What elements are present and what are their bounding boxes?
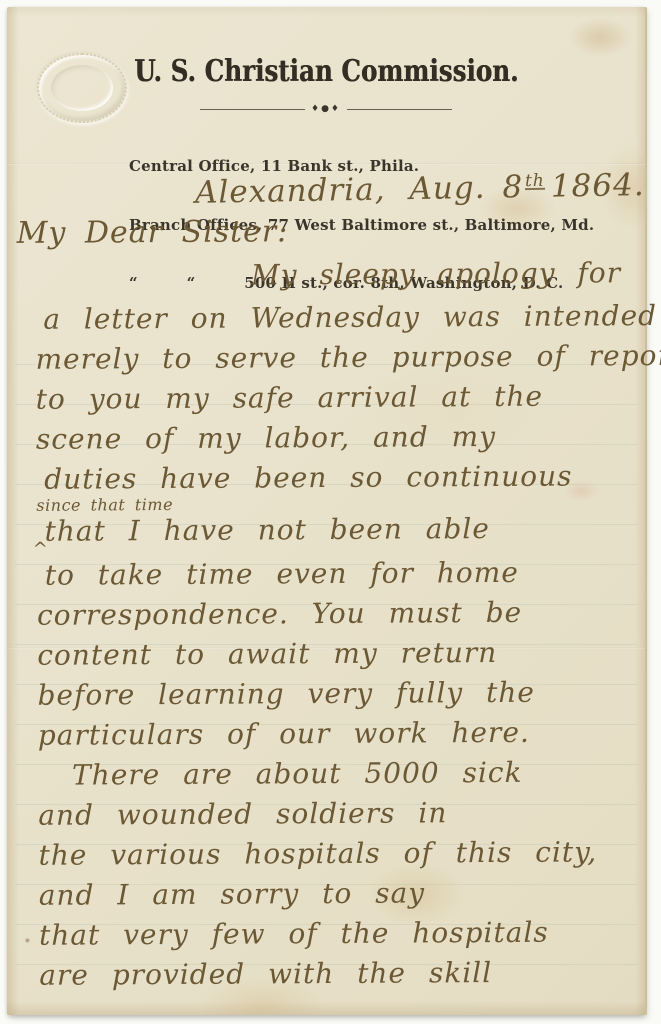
ornament-dots-icon: ♦●♦ (311, 105, 341, 114)
dateline-ordinal: th (525, 173, 545, 189)
dateline-year: 1864. (551, 167, 645, 205)
manuscript-line: ^that I have not been able (36, 508, 632, 556)
manuscript-line: duties have been so continuous (44, 456, 632, 500)
letterhead-organization: U. S. Christian Commission. (7, 55, 645, 89)
manuscript-line: a letter on Wednesday was intended (43, 296, 631, 340)
ornament-rule-left (200, 109, 305, 110)
manuscript-line: to take time even for home (45, 552, 633, 596)
manuscript-line: and wounded soldiers in (38, 792, 634, 836)
manuscript-line: correspondence. You must be (37, 592, 633, 636)
letter-page: U. S. Christian Commission. ♦●♦ Central … (7, 7, 645, 1015)
letterhead-ornament: ♦●♦ (200, 105, 452, 114)
insertion-caret: ^ (33, 530, 41, 570)
manuscript-line: particulars of our work here. (38, 712, 634, 756)
dateline-month-day: Aug. 8 (409, 169, 523, 207)
manuscript-line: My sleepy apology for (251, 250, 631, 298)
manuscript-line: merely to serve the purpose of reporting (35, 336, 631, 380)
salutation: My Dear Sister: (17, 210, 631, 254)
manuscript-line: that very few of the hospitals (39, 912, 635, 956)
ornament-rule-right (347, 109, 452, 110)
manuscript-line: and I am sorry to say (39, 872, 635, 916)
manuscript-body: My Dear Sister: My sleepy apology for a … (29, 210, 636, 996)
manuscript-line: the various hospitals of this city, (38, 832, 634, 876)
dateline-place: Alexandria, (195, 170, 386, 213)
manuscript-line-text: that I have not been able (44, 512, 489, 548)
manuscript-line: before learning very fully the (37, 672, 633, 716)
letterhead-organization-text: U. S. Christian Commission. (134, 55, 518, 89)
dateline: Alexandria, Aug. 8th1864. (195, 165, 642, 213)
manuscript-line: There are about 5000 sick (72, 752, 634, 795)
manuscript-line: to you my safe arrival at the (36, 376, 632, 420)
dateline-date: Aug. 8th1864. (409, 165, 645, 209)
manuscript-line: content to await my return (37, 632, 633, 676)
manuscript-line: are provided with the skill (39, 952, 635, 996)
manuscript-line: scene of my labor, and my (36, 416, 632, 460)
